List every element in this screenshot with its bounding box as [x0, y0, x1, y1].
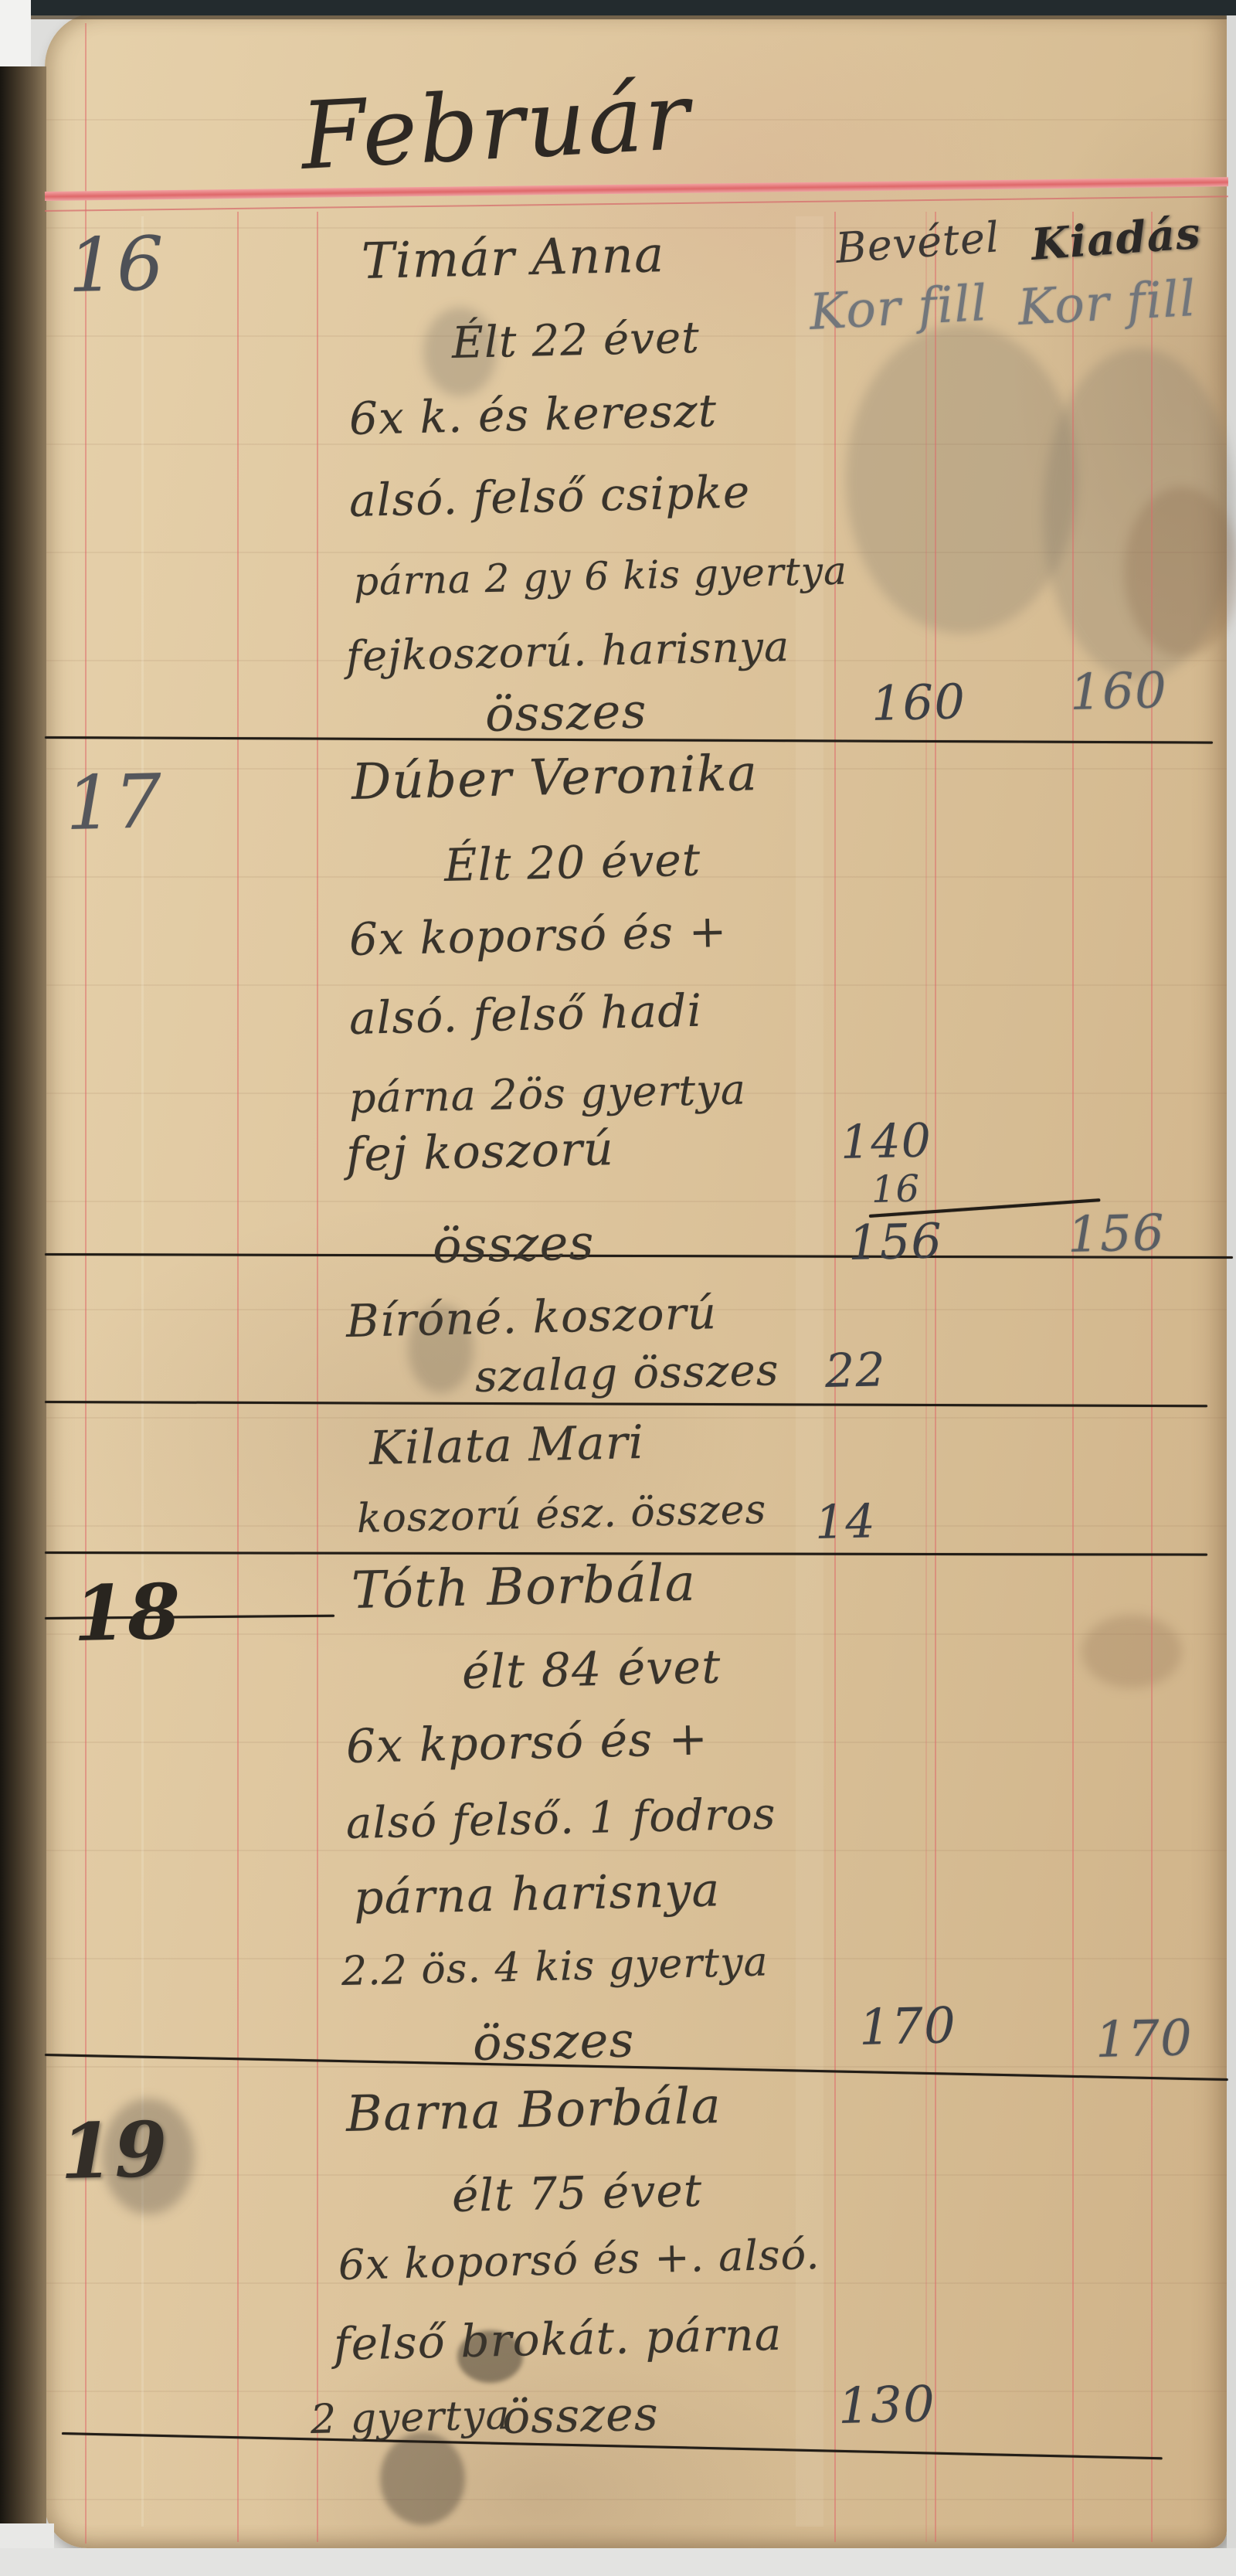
entry-17-line: alsó. felső hadi [348, 984, 703, 1045]
scan-background-right [1227, 15, 1236, 2576]
entry-16-line: fejkoszorú. harisnya [345, 622, 790, 681]
entry-16-line: 6x k. és kereszt [348, 384, 718, 445]
entry-17-sub-amount: 16 [871, 1167, 920, 1212]
ledger-scan: Február Bevétel Kiadás Kor fill Kor fill… [0, 0, 1236, 2576]
brown-stain [1124, 487, 1236, 657]
red-column-line [1151, 212, 1153, 2542]
entry-16-line: Timár Anna [361, 226, 665, 291]
entry-19-line: élt 75 évet [451, 2164, 703, 2222]
birone-income-amount: 22 [824, 1343, 886, 1398]
ink-blot [380, 2432, 465, 2525]
entry-18-total-label: összes [472, 2011, 635, 2071]
entry-17-line: Dúber Veronika [351, 745, 759, 811]
entry-17-line: Élt 20 évet [443, 833, 701, 892]
kilata-line: Kilata Mari [368, 1415, 645, 1476]
entry-16-total-label: összes [484, 682, 647, 743]
entry-19-line: Barna Borbála [345, 2078, 722, 2143]
entry-17-day: 17 [65, 758, 165, 847]
entry-18-day: 18 [73, 1568, 183, 1659]
entry-18-expense-amount: 170 [1095, 2010, 1194, 2069]
entry-18-line: élt 84 évet [461, 1640, 722, 1700]
red-column-line [935, 212, 936, 2542]
entry-16-line: Élt 22 évet [451, 313, 700, 369]
birone-line: szalag összes [474, 1345, 779, 1402]
entry-18-line: alsó felső. 1 fodros [345, 1789, 776, 1849]
entry-18-line: 2.2 ös. 4 kis gyertya [341, 1939, 769, 1995]
graphite-smudge [846, 325, 1078, 634]
entry-17-income-amount: 156 [847, 1212, 943, 1271]
scan-top-edge [29, 0, 1236, 15]
entry-18-line: Tóth Borbála [351, 1553, 697, 1620]
entry-16-income-amount: 160 [871, 673, 966, 732]
kilata-line: koszorú ész. összes [356, 1487, 767, 1542]
entry-17-line: 6x koporsó és + [348, 905, 728, 966]
kilata-income-amount: 14 [814, 1494, 876, 1550]
scan-background-bottom [0, 2548, 1236, 2576]
entry-19-line: 2 gyertya [310, 2392, 511, 2443]
entry-19-total-label: összes [501, 2387, 659, 2445]
entry-16-line: alsó. felső csipke [348, 465, 751, 527]
page-top-edge [29, 15, 1236, 19]
book-page-stack-edge [0, 66, 46, 2523]
entry-18-line: párna harisnya [353, 1863, 721, 1925]
entry-16-expense-amount: 160 [1069, 662, 1168, 722]
entry-16-day: 16 [67, 220, 167, 309]
column-units-expense: Kor fill [1017, 270, 1197, 337]
entry-19-line: felső brokát. párna [333, 2308, 783, 2370]
entry-17-line: párna 2ös gyertya [348, 1065, 746, 1123]
entry-17-expense-amount: 156 [1067, 1205, 1166, 1264]
birone-line: Bíróné. koszorú [345, 1286, 718, 1347]
entry-18-line: 6x kporsó és + [345, 1711, 709, 1774]
red-column-line [317, 212, 318, 2542]
brown-stain [1081, 1615, 1182, 1688]
red-column-line [1072, 212, 1074, 2542]
entry-17-sub-amount: 140 [840, 1113, 932, 1170]
page-title: Február [298, 63, 693, 191]
entry-17-total-label: összes [432, 1214, 595, 1274]
red-column-line [925, 212, 927, 2542]
red-column-line [237, 212, 239, 2542]
entry-18-income-amount: 170 [858, 1997, 957, 2057]
entry-19-income-amount: 130 [837, 2376, 936, 2435]
column-units-income: Kor fill [808, 275, 989, 342]
entry-19-day: 19 [59, 2105, 170, 2197]
entry-17-line: fej koszorú [345, 1122, 614, 1182]
